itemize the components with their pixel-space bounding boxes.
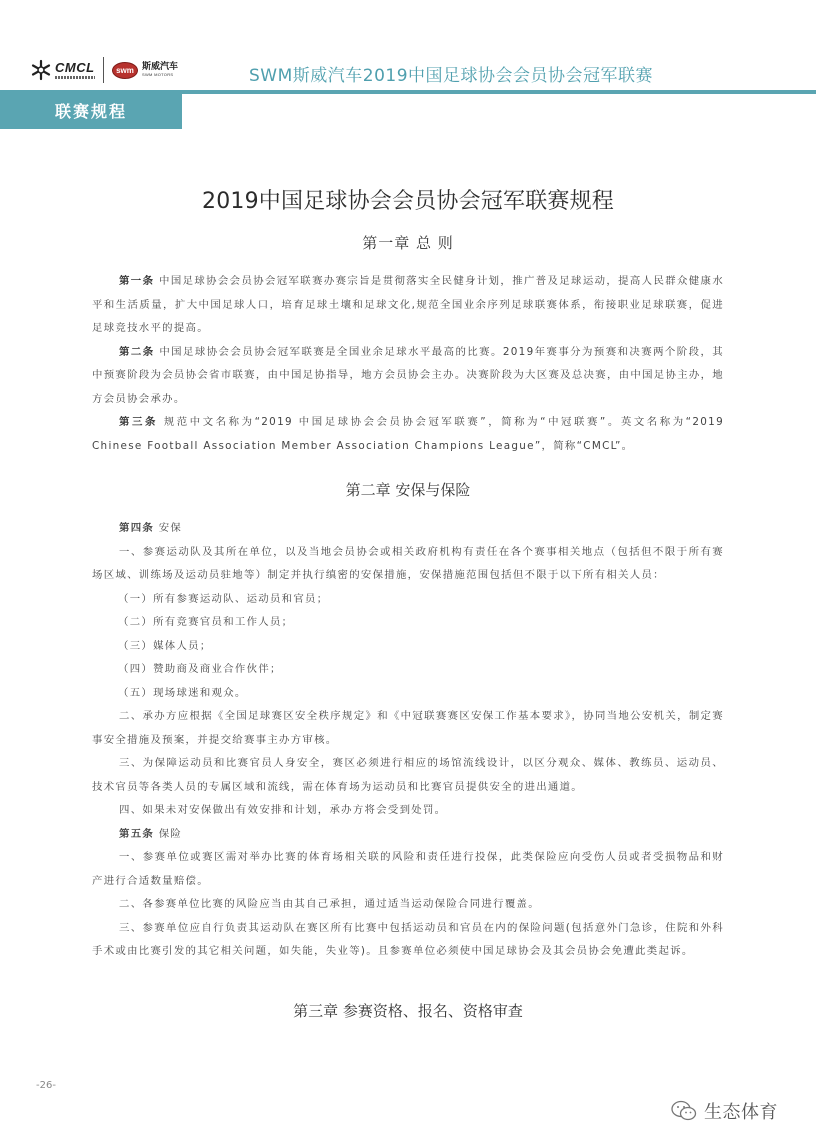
wechat-icon bbox=[670, 1098, 698, 1124]
list-item: （四）赞助商及商业合作伙伴； bbox=[92, 658, 724, 682]
article-lead: 第一条 bbox=[119, 275, 154, 287]
article-text: 中国足球协会会员协会冠军联赛办赛宗旨是贯彻落实全民健身计划，推广普及足球运动，提… bbox=[92, 275, 724, 334]
chapter-2-body: 第四条 安保 一、参赛运动队及其所在单位，以及当地会员协会或相关政府机构有责任在… bbox=[92, 517, 724, 964]
swm-logo-en: SWM MOTORS bbox=[142, 73, 178, 77]
cmcl-logo: CMCL bbox=[55, 61, 95, 79]
list-item: （二）所有竞赛官员和工作人员； bbox=[92, 611, 724, 635]
cmcl-snowflake-icon bbox=[30, 59, 52, 81]
page-header: CMCL swm 斯威汽车 SWM MOTORS SWM斯威汽车2019中国足球… bbox=[0, 0, 816, 92]
article-4-clause-3: 三、为保障运动员和比赛官员人身安全，赛区必须进行相应的场馆流线设计，以区分观众、… bbox=[92, 752, 724, 799]
article-1: 第一条 中国足球协会会员协会冠军联赛办赛宗旨是贯彻落实全民健身计划，推广普及足球… bbox=[92, 270, 724, 341]
logo-divider bbox=[103, 57, 104, 83]
article-lead: 第五条 bbox=[119, 828, 154, 840]
article-text: 中国足球协会会员协会冠军联赛是全国业余足球水平最高的比赛。2019年赛事分为预赛… bbox=[92, 346, 724, 405]
cmcl-subtitle-bar bbox=[55, 76, 95, 79]
list-item: （五）现场球迷和观众。 bbox=[92, 682, 724, 706]
article-4-clause-1: 一、参赛运动队及其所在单位，以及当地会员协会或相关政府机构有责任在各个赛事相关地… bbox=[92, 541, 724, 588]
article-4-heading: 第四条 安保 bbox=[92, 517, 724, 541]
chapter-heading-3: 第三章 参赛资格、报名、资格审查 bbox=[0, 1000, 816, 1021]
article-lead: 第四条 bbox=[119, 522, 154, 534]
cmcl-wordmark: CMCL bbox=[55, 61, 95, 74]
article-title: 保险 bbox=[154, 828, 182, 840]
swm-logo-cn: 斯威汽车 bbox=[142, 63, 178, 72]
section-tab: 联赛规程 bbox=[0, 91, 182, 129]
wechat-watermark: 生态体育 bbox=[670, 1098, 778, 1124]
chapter-heading-2: 第二章 安保与保险 bbox=[0, 479, 816, 500]
article-5-clause-1: 一、参赛单位或赛区需对举办比赛的体育场相关联的风险和责任进行投保，此类保险应向受… bbox=[92, 846, 724, 893]
document-title: 2019中国足球协会会员协会冠军联赛规程 bbox=[0, 184, 816, 215]
header-title: SWM斯威汽车2019中国足球协会会员协会冠军联赛 bbox=[176, 61, 726, 86]
article-lead: 第三条 bbox=[119, 416, 158, 428]
article-title: 安保 bbox=[154, 522, 182, 534]
watermark-text: 生态体育 bbox=[704, 1098, 778, 1124]
list-item: （一）所有参赛运动队、运动员和官员； bbox=[92, 588, 724, 612]
article-2: 第二条 中国足球协会会员协会冠军联赛是全国业余足球水平最高的比赛。2019年赛事… bbox=[92, 341, 724, 412]
swm-badge-label: swm bbox=[116, 66, 134, 75]
sponsor-logos: CMCL swm 斯威汽车 SWM MOTORS bbox=[30, 55, 178, 85]
page-number: -26- bbox=[36, 1080, 56, 1091]
article-3: 第三条 规范中文名称为“2019 中国足球协会会员协会冠军联赛”，简称为“中冠联… bbox=[92, 411, 724, 458]
section-tab-label: 联赛规程 bbox=[55, 99, 127, 122]
chapter-heading-1: 第一章 总 则 bbox=[0, 232, 816, 253]
article-text: 规范中文名称为“2019 中国足球协会会员协会冠军联赛”，简称为“中冠联赛”。英… bbox=[92, 416, 724, 452]
article-5-heading: 第五条 保险 bbox=[92, 823, 724, 847]
chapter-1-body: 第一条 中国足球协会会员协会冠军联赛办赛宗旨是贯彻落实全民健身计划，推广普及足球… bbox=[92, 270, 724, 458]
article-5-clause-2: 二、各参赛单位比赛的风险应当由其自己承担，通过适当运动保险合同进行覆盖。 bbox=[92, 893, 724, 917]
swm-badge-icon: swm bbox=[112, 62, 138, 79]
article-4-clause-4: 四、如果未对安保做出有效安排和计划，承办方将会受到处罚。 bbox=[92, 799, 724, 823]
article-lead: 第二条 bbox=[119, 346, 155, 358]
swm-logo: 斯威汽车 SWM MOTORS bbox=[142, 63, 178, 77]
list-item: （三）媒体人员； bbox=[92, 635, 724, 659]
article-4-clause-2: 二、承办方应根据《全国足球赛区安全秩序规定》和《中冠联赛赛区安保工作基本要求》，… bbox=[92, 705, 724, 752]
article-5-clause-3: 三、参赛单位应自行负责其运动队在赛区所有比赛中包括运动员和官员在内的保险问题(包… bbox=[92, 917, 724, 964]
